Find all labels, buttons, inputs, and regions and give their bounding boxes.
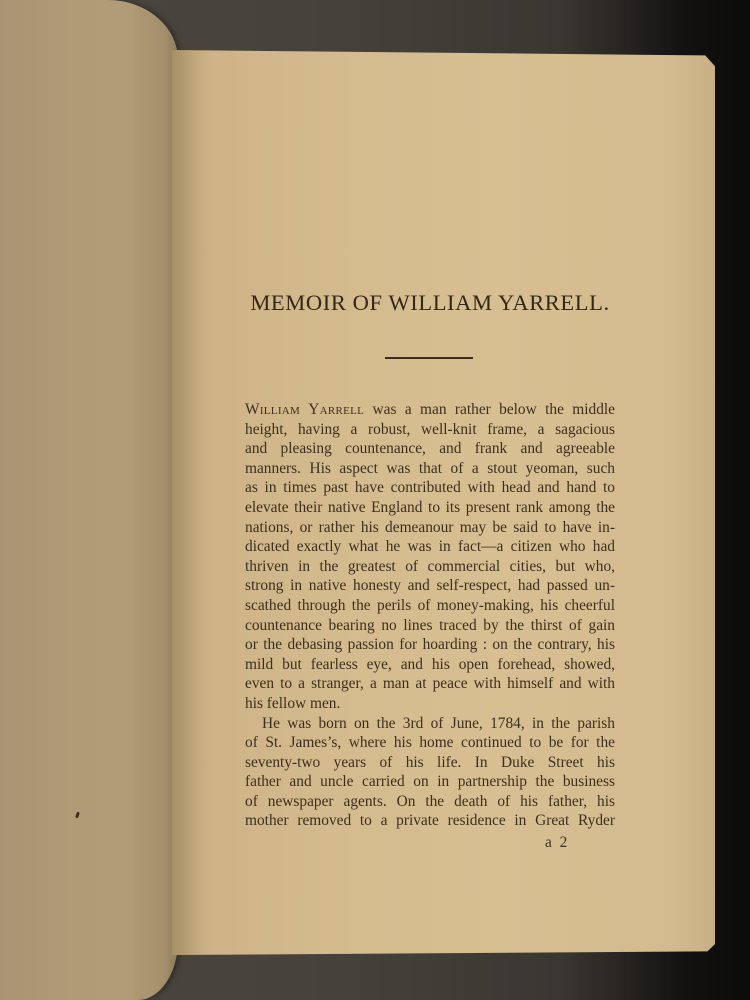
page-title: MEMOIR OF WILLIAM YARRELL.: [245, 290, 615, 316]
text-line: mild but fearless eye, and his open fore…: [245, 655, 615, 675]
left-page-curled: [0, 0, 178, 1000]
text-line: scathed through the perils of money-maki…: [245, 596, 615, 616]
spine-shadow: [172, 50, 212, 955]
text-line: and pleasing countenance, and frank and …: [245, 439, 615, 459]
text-line: He was born on the 3rd of June, 1784, in…: [245, 714, 615, 734]
title-rule-divider: [385, 357, 473, 359]
lead-name: William Yarrell: [245, 401, 364, 418]
paragraph-1: William Yarrell was a man rather below t…: [245, 400, 615, 714]
text-line: his fellow men.: [245, 694, 615, 714]
text-line: William Yarrell was a man rather below t…: [245, 400, 615, 420]
book-photo-scene: MEMOIR OF WILLIAM YARRELL. William Yarre…: [0, 0, 750, 1000]
text-line: strong in native honesty and self-respec…: [245, 576, 615, 596]
ink-speck: [75, 812, 80, 819]
text-line: nations, or rather his demeanour may be …: [245, 518, 615, 538]
text-line: countenance bearing no lines traced by t…: [245, 616, 615, 636]
text-line: or the debasing passion for hoarding : o…: [245, 635, 615, 655]
text-line: as in times past have contributed with h…: [245, 478, 615, 498]
memoir-body: William Yarrell was a man rather below t…: [245, 400, 615, 831]
paragraph-2: He was born on the 3rd of June, 1784, in…: [245, 714, 615, 832]
text-line: height, having a robust, well-knit frame…: [245, 420, 615, 440]
text-line: mother removed to a private residence in…: [245, 811, 615, 831]
text-line: dicated exactly what he was in fact—a ci…: [245, 537, 615, 557]
text-line: seventy-two years of his life. In Duke S…: [245, 753, 615, 773]
text-line: elevate their native England to its pres…: [245, 498, 615, 518]
signature-mark: a 2: [545, 834, 569, 852]
right-page: MEMOIR OF WILLIAM YARRELL. William Yarre…: [172, 50, 715, 955]
text-line: of newspaper agents. On the death of his…: [245, 792, 615, 812]
text-line: manners. His aspect was that of a stout …: [245, 459, 615, 479]
text-line: even to a stranger, a man at peace with …: [245, 674, 615, 694]
text-line: of St. James’s, where his home continued…: [245, 733, 615, 753]
text-line: father and uncle carried on in partnersh…: [245, 772, 615, 792]
text-line: thriven in the greatest of commercial ci…: [245, 557, 615, 577]
